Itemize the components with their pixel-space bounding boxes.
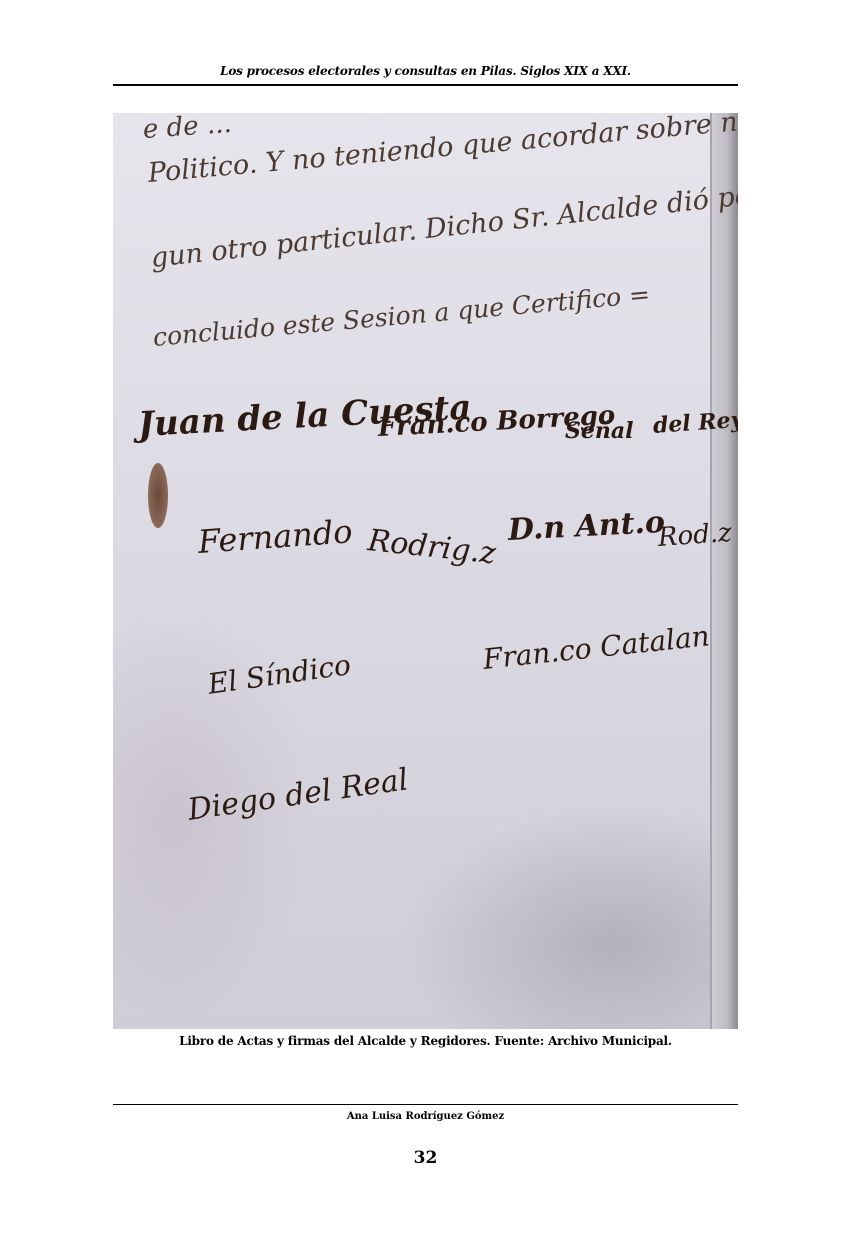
signature-d-antonio: D.n Ant.o: [507, 505, 666, 548]
signature-el-sindico: El Síndico: [206, 648, 353, 701]
signature-fran-catalan: Fran.co Catalan: [481, 619, 711, 676]
handwriting-line-4: concluido este Sesion a que Certifico =: [152, 280, 651, 352]
footer-rule: [113, 1104, 738, 1105]
signature-rodrig: Rodrig.z: [366, 523, 497, 571]
page-binding-edge: [710, 113, 738, 1029]
manuscript-photo: e de ... Politico. Y no teniendo que aco…: [113, 113, 738, 1029]
figure-caption: Libro de Actas y firmas del Alcalde y Re…: [113, 1034, 738, 1048]
running-header-title: Los procesos electorales y consultas en …: [113, 64, 738, 78]
signature-rodz: Rod.z: [657, 518, 733, 553]
header-rule: [113, 84, 738, 86]
page-edge-line: [710, 113, 712, 1029]
signature-senal: Señal: [565, 418, 634, 444]
signature-diego-del-real: Diego del Real: [186, 762, 411, 828]
footer-author: Ana Luisa Rodríguez Gómez: [113, 1111, 738, 1122]
handwriting-line-3: gun otro particular. Dicho Sr. Alcalde d…: [149, 179, 738, 274]
signature-fernando: Fernando: [197, 512, 354, 561]
page-number: 32: [113, 1148, 738, 1168]
handwriting-line-2: Politico. Y no teniendo que acordar sobr…: [147, 113, 738, 189]
ink-stain: [148, 463, 168, 528]
handwriting-line-1: e de ...: [142, 113, 233, 145]
